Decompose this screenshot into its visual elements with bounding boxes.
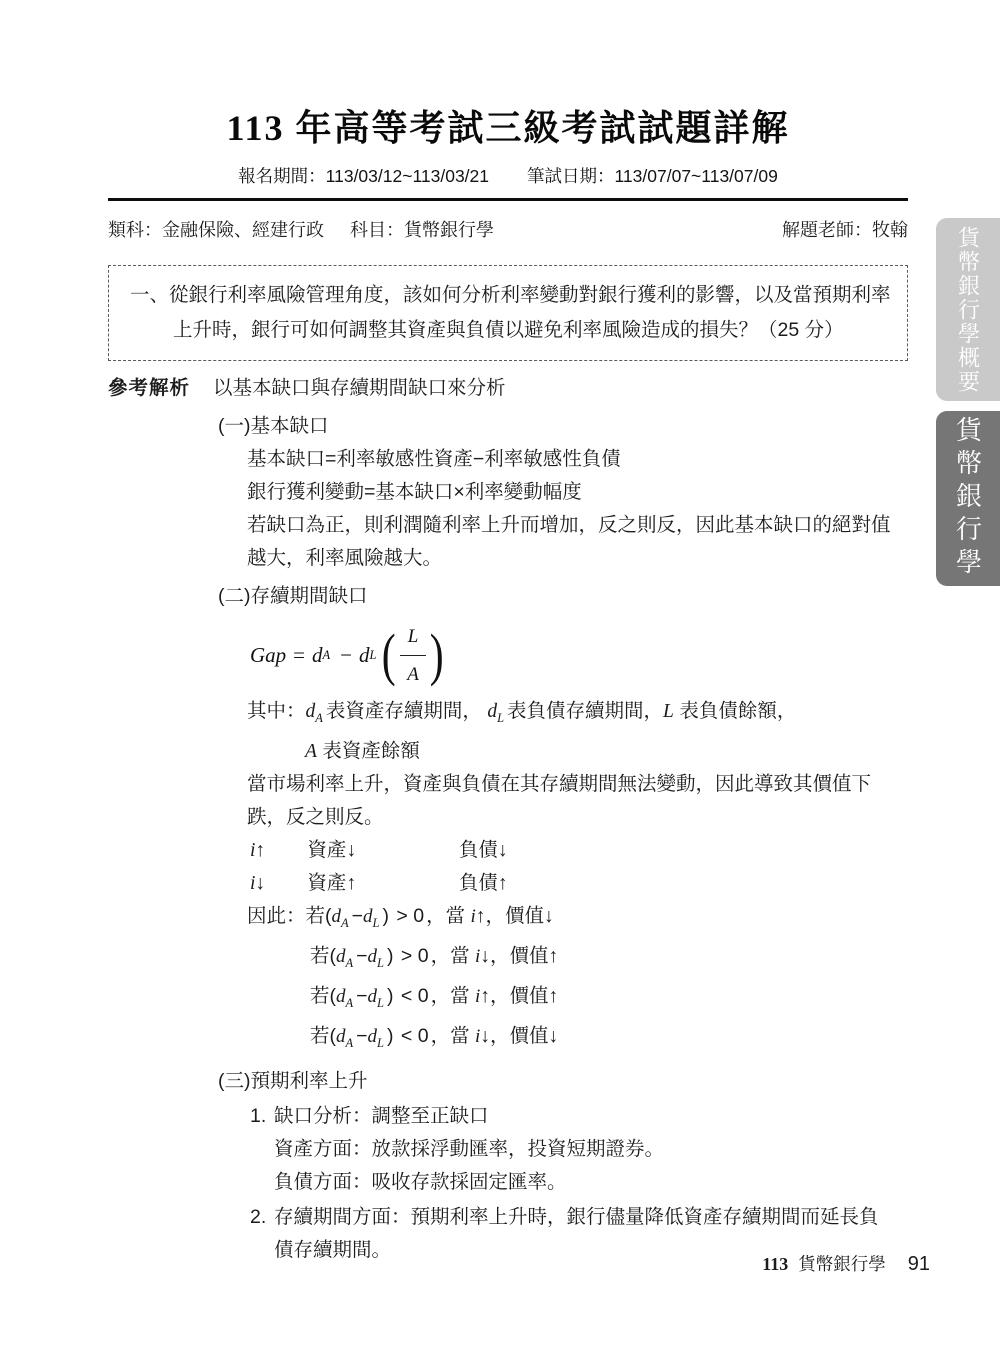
question-paragraph: 一、從銀行利率風險管理角度，該如何分析利率變動對銀行獲利的影響，以及當預期利率上… (130, 278, 891, 348)
up-arrow: ↑ (498, 872, 508, 894)
var-L: L (663, 701, 674, 722)
item-number: 1. (250, 1100, 274, 1199)
minus-sign: − (340, 639, 352, 672)
basic-gap-paragraph: 若缺口為正，則利潤隨利率上升而增加，反之則反，因此基本缺口的絕對值越大，利率風險… (247, 509, 899, 575)
down-arrow: ↓ (480, 945, 490, 967)
where-prefix: 其中： (247, 700, 306, 722)
list-item-1: 1. 缺口分析：調整至正缺口 資產方面：放款採浮動匯率，投資短期證券。 負債方面… (250, 1100, 908, 1199)
up-arrow: ↑ (549, 945, 559, 967)
var-A: A (305, 741, 317, 762)
question-number: 一、 (130, 284, 169, 306)
section3-heading: (三)預期利率上升 (218, 1065, 908, 1098)
item-body: 缺口分析：調整至正缺口 資產方面：放款採浮動匯率，投資短期證券。 負債方面：吸收… (274, 1100, 892, 1199)
asset-effect: 資產↑ (307, 867, 453, 900)
up-arrow: ↑ (255, 839, 265, 861)
page-number: 91 (908, 1253, 930, 1276)
exam-dates-line: 報名期間：113/03/12~113/03/21 筆試日期：113/07/07~… (108, 163, 908, 188)
where-text-3: 表負債餘額， (679, 700, 796, 722)
basic-gap-equation-2: 銀行獲利變動=基本缺口×利率變動幅度 (247, 476, 908, 509)
condition-line-2: 若(dA−dL) > 0，當 i↓，價值↑ (310, 940, 908, 980)
left-paren: ( (382, 626, 396, 684)
equals-sign: = (293, 639, 305, 672)
fraction-L-over-A: L A (400, 620, 427, 691)
written-exam-date: 筆試日期：113/07/07~113/07/09 (527, 163, 778, 188)
rate-up-effects-row: i↑ 資產↓ 負債↓ (250, 834, 908, 867)
therefore-label: 因此： (247, 905, 306, 927)
meta-left: 類科：金融保險、經建行政 科目：貨幣銀行學 (108, 216, 494, 242)
liability-side-line: 負債方面：吸收存款採固定匯率。 (274, 1166, 892, 1199)
condition-line-3: 若(dA−dL) < 0，當 i↑，價值↑ (310, 980, 908, 1020)
footer-subject: 貨幣銀行學 (798, 1251, 886, 1276)
liability-effect: 負債↓ (459, 839, 508, 861)
down-arrow: ↓ (549, 1025, 559, 1047)
sub-liability: L (497, 711, 504, 725)
header-divider (108, 198, 908, 201)
sidebar-tab-money-banking-concise: 貨幣銀行學概要 (936, 218, 1000, 401)
right-paren: ) (430, 626, 444, 684)
section2-heading: (二)存續期間缺口 (218, 580, 908, 613)
down-arrow: ↓ (544, 905, 554, 927)
page-content: 113 年高等考試三級考試試題詳解 報名期間：113/03/12~113/03/… (108, 0, 908, 1267)
meta-line: 類科：金融保險、經建行政 科目：貨幣銀行學 解題老師：牧翰 (108, 216, 908, 242)
sidebar-tab-money-banking: 貨幣銀行學 (936, 411, 1000, 586)
up-arrow: ↑ (480, 985, 490, 1007)
question-box: 一、從銀行利率風險管理角度，該如何分析利率變動對銀行獲利的影響，以及當預期利率上… (108, 265, 908, 361)
sub-asset: A (323, 639, 331, 672)
where-text-2: 表負債存續期間， (507, 700, 663, 722)
fraction-numerator: L (400, 620, 427, 656)
fraction-denominator: A (407, 656, 419, 691)
up-arrow: ↑ (476, 905, 486, 927)
footer-edition: 113 (762, 1254, 788, 1275)
solution-body: 以基本缺口與存續期間缺口來分析 (一)基本缺口 基本缺口=利率敏感性資產−利率敏… (213, 372, 908, 1267)
formula-lhs: Gap (250, 639, 286, 672)
where-line-1: 其中：dA表資產存續期間， dL表負債存續期間，L 表負債餘額， (247, 695, 908, 735)
down-arrow: ↓ (480, 1025, 490, 1047)
down-arrow: ↓ (255, 872, 265, 894)
condition-line-1: 因此：若(dA−dL) > 0，當 i↑，價值↓ (247, 900, 908, 940)
sub-liability: L (370, 639, 377, 672)
section1-heading: (一)基本缺口 (218, 410, 908, 443)
asset-effect: 資產↓ (307, 834, 453, 867)
liability-effect: 負債↑ (459, 872, 508, 894)
item-number: 2. (250, 1201, 274, 1267)
rate-down-effects-row: i↓ 資產↑ 負債↑ (250, 867, 908, 900)
rate-symbol: i↑ (250, 834, 302, 867)
solution-teacher: 解題老師：牧翰 (782, 216, 908, 242)
where-text-4: 表資產餘額 (322, 740, 420, 762)
up-arrow: ↑ (346, 872, 356, 894)
var-d-liability: d (487, 701, 497, 722)
duration-gap-formula: Gap = dA − dL ( L A ) (250, 621, 908, 689)
down-arrow: ↓ (498, 839, 508, 861)
asset-side-line: 資產方面：放款採浮動匯率，投資短期證券。 (274, 1133, 892, 1166)
down-arrow: ↓ (346, 839, 356, 861)
var-d-liability: d (359, 639, 370, 672)
where-line-2: A 表資產餘額 (305, 735, 908, 768)
gap-adjustment-title: 缺口分析：調整至正缺口 (274, 1100, 892, 1133)
question-text: 從銀行利率風險管理角度，該如何分析利率變動對銀行獲利的影響，以及當預期利率上升時… (169, 284, 891, 341)
up-arrow: ↑ (549, 985, 559, 1007)
solution-section: 參考解析 以基本缺口與存續期間缺口來分析 (一)基本缺口 基本缺口=利率敏感性資… (108, 372, 908, 1267)
condition-line-4: 若(dA−dL) < 0，當 i↓，價值↓ (310, 1020, 908, 1060)
var-d-asset: d (312, 639, 323, 672)
exam-category: 類科：金融保險、經建行政 (108, 216, 324, 242)
where-text-1: 表資產存續期間， (326, 700, 487, 722)
page-footer: 113 貨幣銀行學 91 (762, 1251, 930, 1276)
duration-paragraph: 當市場利率上升，資產與負債在其存續期間無法變動，因此導致其價值下跌，反之則反。 (247, 768, 899, 834)
page-title: 113 年高等考試三級考試試題詳解 (108, 100, 908, 151)
registration-period: 報名期間：113/03/12~113/03/21 (238, 163, 489, 188)
sub-asset: A (315, 711, 323, 725)
basic-gap-equation-1: 基本缺口=利率敏感性資產−利率敏感性負債 (247, 443, 908, 476)
var-d-asset: d (306, 701, 316, 722)
solution-label: 參考解析 (108, 372, 213, 1267)
solution-intro: 以基本缺口與存續期間缺口來分析 (213, 372, 908, 405)
rate-symbol: i↓ (250, 867, 302, 900)
exam-subject: 科目：貨幣銀行學 (350, 216, 494, 242)
